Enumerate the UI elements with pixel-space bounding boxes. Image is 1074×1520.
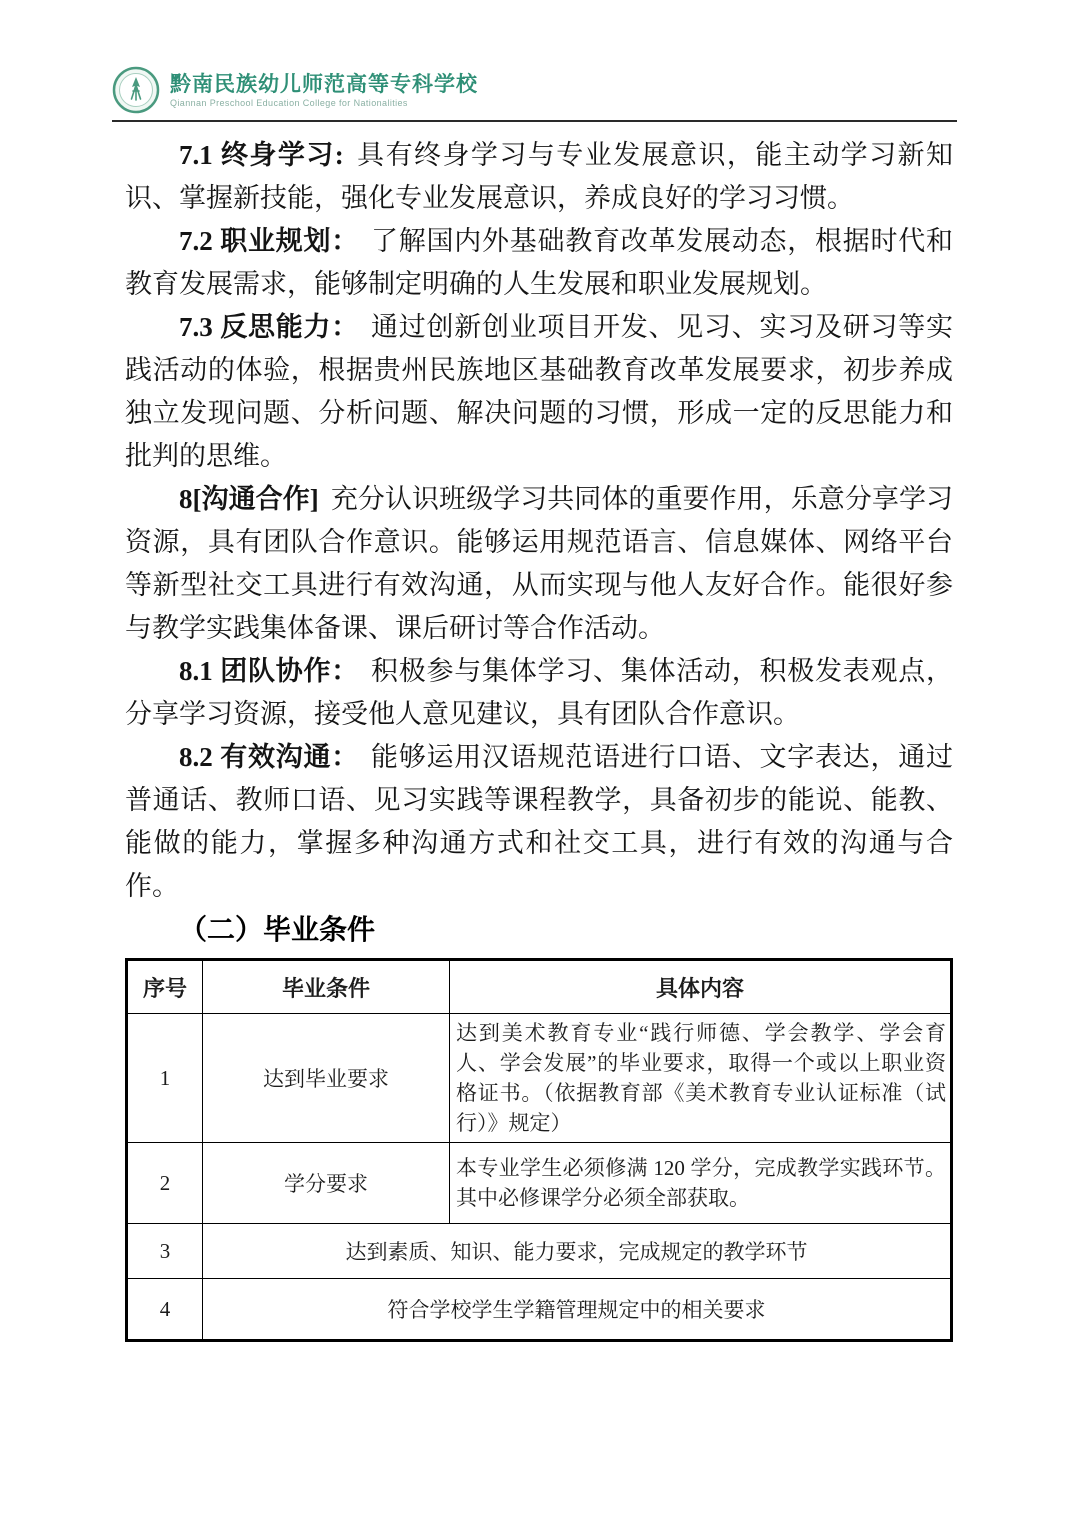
row1-no: 1 <box>127 1014 203 1143</box>
paragraph-7-1-label: 7.1 终身学习: <box>179 140 344 170</box>
college-name: 黔南民族幼儿师范高等专科学校 Qiannan Preschool Educati… <box>170 71 478 109</box>
paragraph-8-label: 8[沟通合作] <box>179 484 319 514</box>
row2-detail: 本专业学生必须修满 120 学分，完成教学实践环节。其中必修课学分必须全部获取。 <box>450 1143 952 1224</box>
row2-condition: 学分要求 <box>203 1143 450 1224</box>
paragraph-8-2: 8.2 有效沟通：能够运用汉语规范语进行口语、文字表达，通过普通话、教师口语、见… <box>125 736 953 908</box>
college-logo-block: 黔南民族幼儿师范高等专科学校 Qiannan Preschool Educati… <box>112 66 957 114</box>
table-row: 3 达到素质、知识、能力要求，完成规定的教学环节 <box>127 1224 952 1279</box>
paragraph-7-3: 7.3 反思能力：通过创新创业项目开发、见习、实习及研习等实践活动的体验，根据贵… <box>125 306 953 478</box>
row3-merged-content: 达到素质、知识、能力要求，完成规定的教学环节 <box>203 1224 952 1279</box>
graduation-conditions-table: 序号 毕业条件 具体内容 1 达到毕业要求 达到美术教育专业“践行师德、学会教学… <box>125 958 953 1342</box>
row4-no: 4 <box>127 1279 203 1341</box>
college-name-en: Qiannan Preschool Education College for … <box>170 97 478 109</box>
paragraph-7-2-label: 7.2 职业规划： <box>179 226 359 256</box>
document-body: 7.1 终身学习:具有终身学习与专业发展意识，能主动学习新知识、掌握新技能，强化… <box>125 134 953 1342</box>
paragraph-8: 8[沟通合作]充分认识班级学习共同体的重要作用，乐意分享学习资源，具有团队合作意… <box>125 478 953 650</box>
table-row: 1 达到毕业要求 达到美术教育专业“践行师德、学会教学、学会育人、学会发展”的毕… <box>127 1014 952 1143</box>
row2-no: 2 <box>127 1143 203 1224</box>
table-row: 4 符合学校学生学籍管理规定中的相关要求 <box>127 1279 952 1341</box>
table-header-no: 序号 <box>127 960 203 1014</box>
college-name-zh: 黔南民族幼儿师范高等专科学校 <box>170 71 478 97</box>
row1-detail: 达到美术教育专业“践行师德、学会教学、学会育人、学会发展”的毕业要求，取得一个或… <box>450 1014 952 1143</box>
paragraph-8-1-label: 8.1 团队协作： <box>179 656 359 686</box>
row3-no: 3 <box>127 1224 203 1279</box>
table-header-row: 序号 毕业条件 具体内容 <box>127 960 952 1014</box>
paragraph-7-2: 7.2 职业规划：了解国内外基础教育改革发展动态，根据时代和教育发展需求，能够制… <box>125 220 953 306</box>
college-seal-icon <box>112 66 160 114</box>
table-header-detail: 具体内容 <box>450 960 952 1014</box>
paragraph-7-1: 7.1 终身学习:具有终身学习与专业发展意识，能主动学习新知识、掌握新技能，强化… <box>125 134 953 220</box>
document-page: 黔南民族幼儿师范高等专科学校 Qiannan Preschool Educati… <box>0 0 1074 1520</box>
row1-condition: 达到毕业要求 <box>203 1014 450 1143</box>
row4-merged-content: 符合学校学生学籍管理规定中的相关要求 <box>203 1279 952 1341</box>
page-header: 黔南民族幼儿师范高等专科学校 Qiannan Preschool Educati… <box>112 66 957 122</box>
table-header-condition: 毕业条件 <box>203 960 450 1014</box>
paragraph-8-1: 8.1 团队协作：积极参与集体学习、集体活动，积极发表观点，分享学习资源，接受他… <box>125 650 953 736</box>
section-heading-graduation-conditions: （二）毕业条件 <box>125 910 953 952</box>
table-row: 2 学分要求 本专业学生必须修满 120 学分，完成教学实践环节。其中必修课学分… <box>127 1143 952 1224</box>
paragraph-8-2-label: 8.2 有效沟通： <box>179 742 359 772</box>
paragraph-7-3-label: 7.3 反思能力： <box>179 312 359 342</box>
